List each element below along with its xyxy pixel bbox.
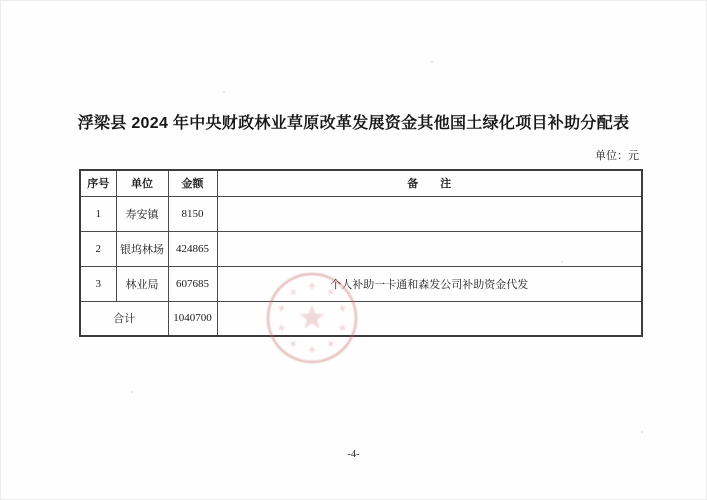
cell-unit: 林业局 [116,266,168,301]
cell-remark [217,231,642,266]
page-number: -4- [1,449,706,460]
table-row: 3 林业局 607685 个人补助一卡通和森发公司补助资金代发 [80,266,642,301]
header-row: 序号 单位 金额 备 注 [80,170,642,196]
scan-speckle [561,261,563,263]
col-header-remark: 备 注 [217,170,642,196]
page-title: 浮梁县 2024 年中央财政林业草原改革发展资金其他国土绿化项目补助分配表 [1,110,706,133]
allocation-table: 序号 单位 金额 备 注 1 寿安镇 8150 2 银坞林场 424865 3 … [79,169,643,337]
cell-unit: 银坞林场 [116,231,168,266]
cell-remark: 个人补助一卡通和森发公司补助资金代发 [217,266,642,301]
document-page: 浮梁县 2024 年中央财政林业草原改革发展资金其他国土绿化项目补助分配表 单位… [0,0,707,500]
cell-seq: 1 [80,196,116,231]
scan-speckle [431,61,433,63]
cell-seq: 2 [80,231,116,266]
total-amount: 1040700 [168,301,217,336]
cell-amount: 8150 [168,196,217,231]
cell-seq: 3 [80,266,116,301]
scan-speckle [641,431,643,433]
cell-unit: 寿安镇 [116,196,168,231]
scan-speckle [131,391,133,393]
cell-amount: 424865 [168,231,217,266]
col-header-amount: 金额 [168,170,217,196]
total-remark [217,301,642,336]
total-row: 合计 1040700 [80,301,642,336]
cell-amount: 607685 [168,266,217,301]
col-header-seq: 序号 [80,170,116,196]
unit-note: 单位：元 [79,147,639,163]
scan-speckle [223,91,225,93]
table-row: 2 银坞林场 424865 [80,231,642,266]
total-label: 合计 [80,301,168,336]
table-row: 1 寿安镇 8150 [80,196,642,231]
cell-remark [217,196,642,231]
col-header-unit: 单位 [116,170,168,196]
